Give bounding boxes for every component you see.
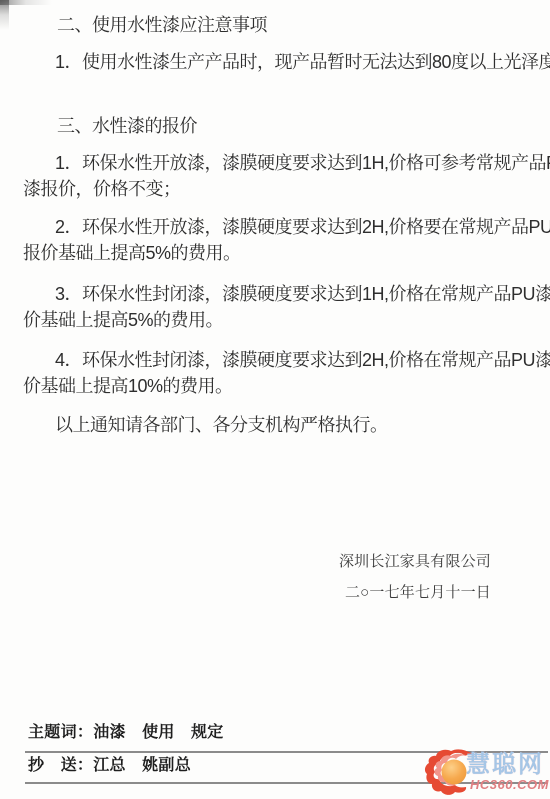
keywords-line: 主题词：油漆 使用 规定	[28, 722, 224, 744]
paragraph-line: 1．环保水性开放漆，漆膜硬度要求达到1H,价格可参考常规产品PU	[23, 150, 546, 176]
document-page: 二、使用水性漆应注意事项 1．使用水性漆生产产品时，现产品暂时无法达到80度以上…	[0, 0, 550, 799]
cc-line: 抄 送：江总 姚副总	[28, 755, 191, 777]
hc360-watermark: 慧聪网 HC360.COM	[424, 744, 550, 799]
closing-paragraph: 以上通知请各部门、各分支机构严格执行。	[23, 412, 546, 438]
section3-heading: 三、水性漆的报价	[57, 113, 197, 139]
paragraph-line: 以上通知请各部门、各分支机构严格执行。	[23, 412, 546, 438]
quote-item-4: 4．环保水性封闭漆，漆膜硬度要求达到2H,价格在常规产品PU漆报 价基础上提高1…	[23, 347, 546, 399]
hc360-site-name: 慧聪网	[466, 752, 544, 778]
signature-date: 二○一七年七月十一日	[345, 583, 491, 603]
paragraph-line: 4．环保水性封闭漆，漆膜硬度要求达到2H,价格在常规产品PU漆报	[23, 347, 546, 373]
quote-item-2: 2．环保水性开放漆，漆膜硬度要求达到2H,价格要在常规产品PU漆 报价基础上提高…	[23, 214, 546, 266]
quote-item-3: 3．环保水性封闭漆，漆膜硬度要求达到1H,价格在常规产品PU漆报 价基础上提高5…	[23, 281, 546, 333]
paragraph-line: 漆报价，价格不变；	[23, 176, 546, 202]
paragraph-line: 价基础上提高5%的费用。	[23, 307, 546, 333]
scan-artifact-left	[0, 0, 9, 30]
paragraph-line: 2．环保水性开放漆，漆膜硬度要求达到2H,价格要在常规产品PU漆	[23, 214, 546, 240]
quote-item-1: 1．环保水性开放漆，漆膜硬度要求达到1H,价格可参考常规产品PU 漆报价，价格不…	[23, 150, 546, 202]
paragraph-line: 报价基础上提高5%的费用。	[23, 240, 546, 266]
signature-company: 深圳长江家具有限公司	[339, 552, 491, 572]
paragraph-line: 3．环保水性封闭漆，漆膜硬度要求达到1H,价格在常规产品PU漆报	[23, 281, 546, 307]
section2-heading: 二、使用水性漆应注意事项	[57, 12, 267, 38]
paragraph-line: 价基础上提高10%的费用。	[23, 373, 546, 399]
hc360-domain: HC360.COM	[470, 778, 549, 792]
paragraph-line: 1．使用水性漆生产产品时，现产品暂时无法达到80度以上光泽度	[23, 49, 546, 75]
section2-paragraph: 1．使用水性漆生产产品时，现产品暂时无法达到80度以上光泽度	[23, 49, 546, 75]
